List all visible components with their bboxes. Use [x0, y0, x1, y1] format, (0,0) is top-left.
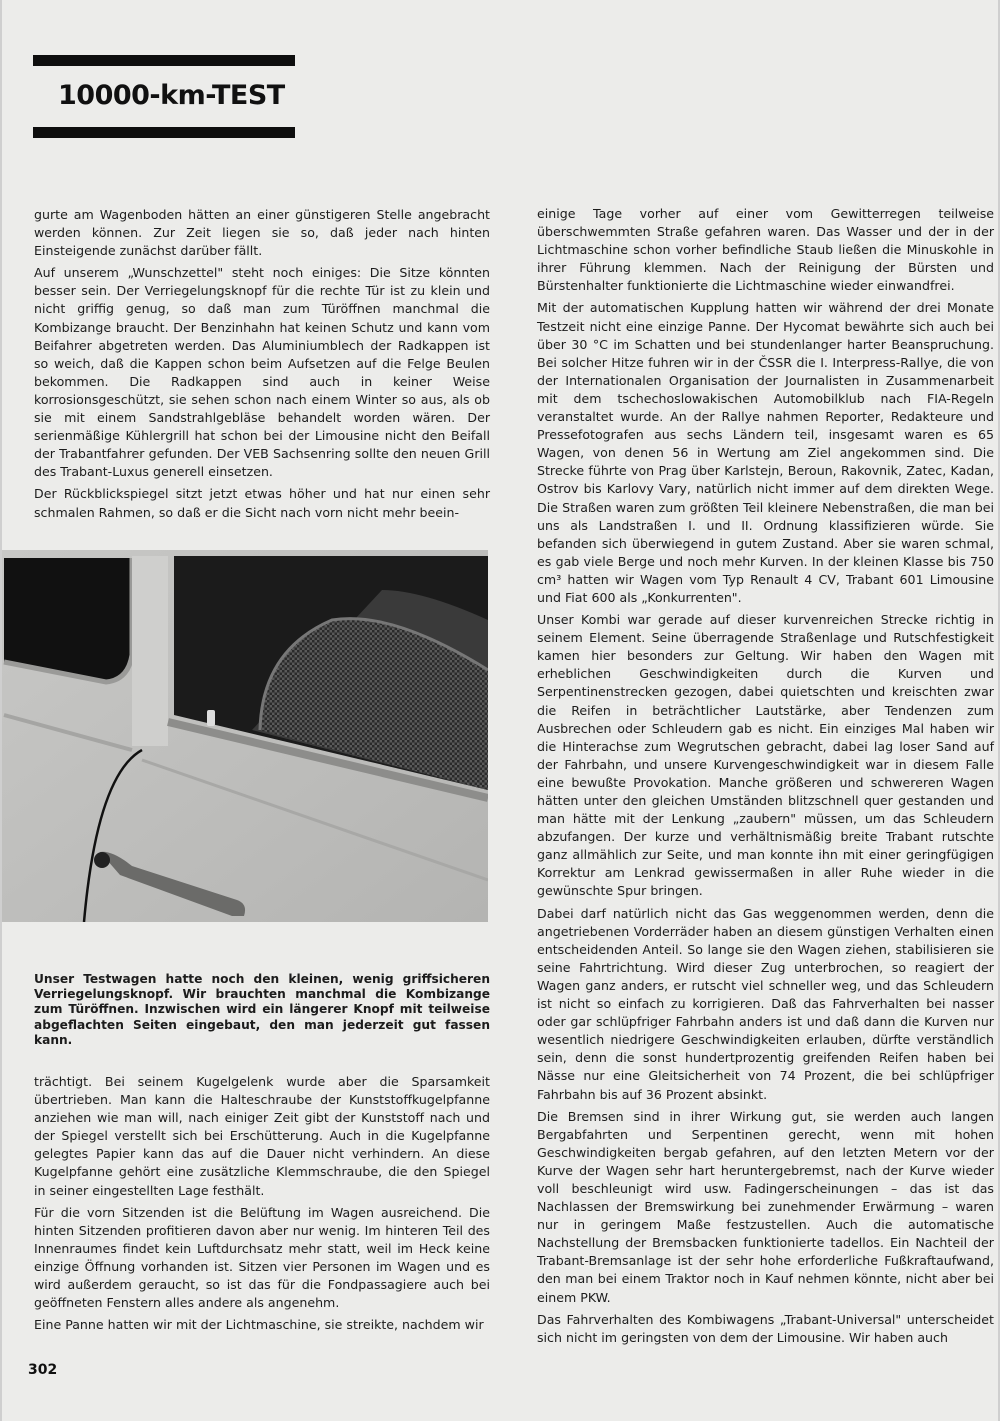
paragraph: Mit der automatischen Kupplung hatten wi… — [537, 299, 994, 607]
paragraph: Auf unserem „Wunschzettel" steht noch ei… — [34, 264, 490, 481]
paragraph: gurte am Wagenboden hätten an einer güns… — [34, 206, 490, 260]
left-column-bottom: trächtigt. Bei seinem Kugelgelenk wurde … — [34, 1073, 490, 1338]
page-headline: 10000-km-TEST — [58, 80, 285, 111]
car-door-illustration — [2, 550, 488, 922]
paragraph: Der Rückblickspiegel sitzt jetzt etwas h… — [34, 485, 490, 521]
paragraph: Die Bremsen sind in ihrer Wirkung gut, s… — [537, 1108, 994, 1307]
paragraph: Das Fahrverhalten des Kombiwagens „Traba… — [537, 1311, 994, 1347]
car-door-photo — [2, 550, 488, 922]
page-number: 302 — [28, 1362, 57, 1378]
headline-rule-bottom — [33, 127, 295, 138]
paragraph: Für die vorn Sitzenden ist die Belüftung… — [34, 1204, 490, 1313]
paragraph: Eine Panne hatten wir mit der Lichtmasch… — [34, 1316, 490, 1334]
left-column-top: gurte am Wagenboden hätten an einer güns… — [34, 206, 490, 526]
headline-rule-top — [33, 55, 295, 66]
photo-caption: Unser Testwagen hatte noch den kleinen, … — [34, 972, 490, 1048]
paragraph: Dabei darf natürlich nicht das Gas wegge… — [537, 905, 994, 1104]
paragraph: Unser Kombi war gerade auf dieser kurven… — [537, 611, 994, 901]
right-column: einige Tage vorher auf einer vom Gewitte… — [537, 205, 994, 1351]
paragraph: trächtigt. Bei seinem Kugelgelenk wurde … — [34, 1073, 490, 1200]
paragraph: einige Tage vorher auf einer vom Gewitte… — [537, 205, 994, 295]
